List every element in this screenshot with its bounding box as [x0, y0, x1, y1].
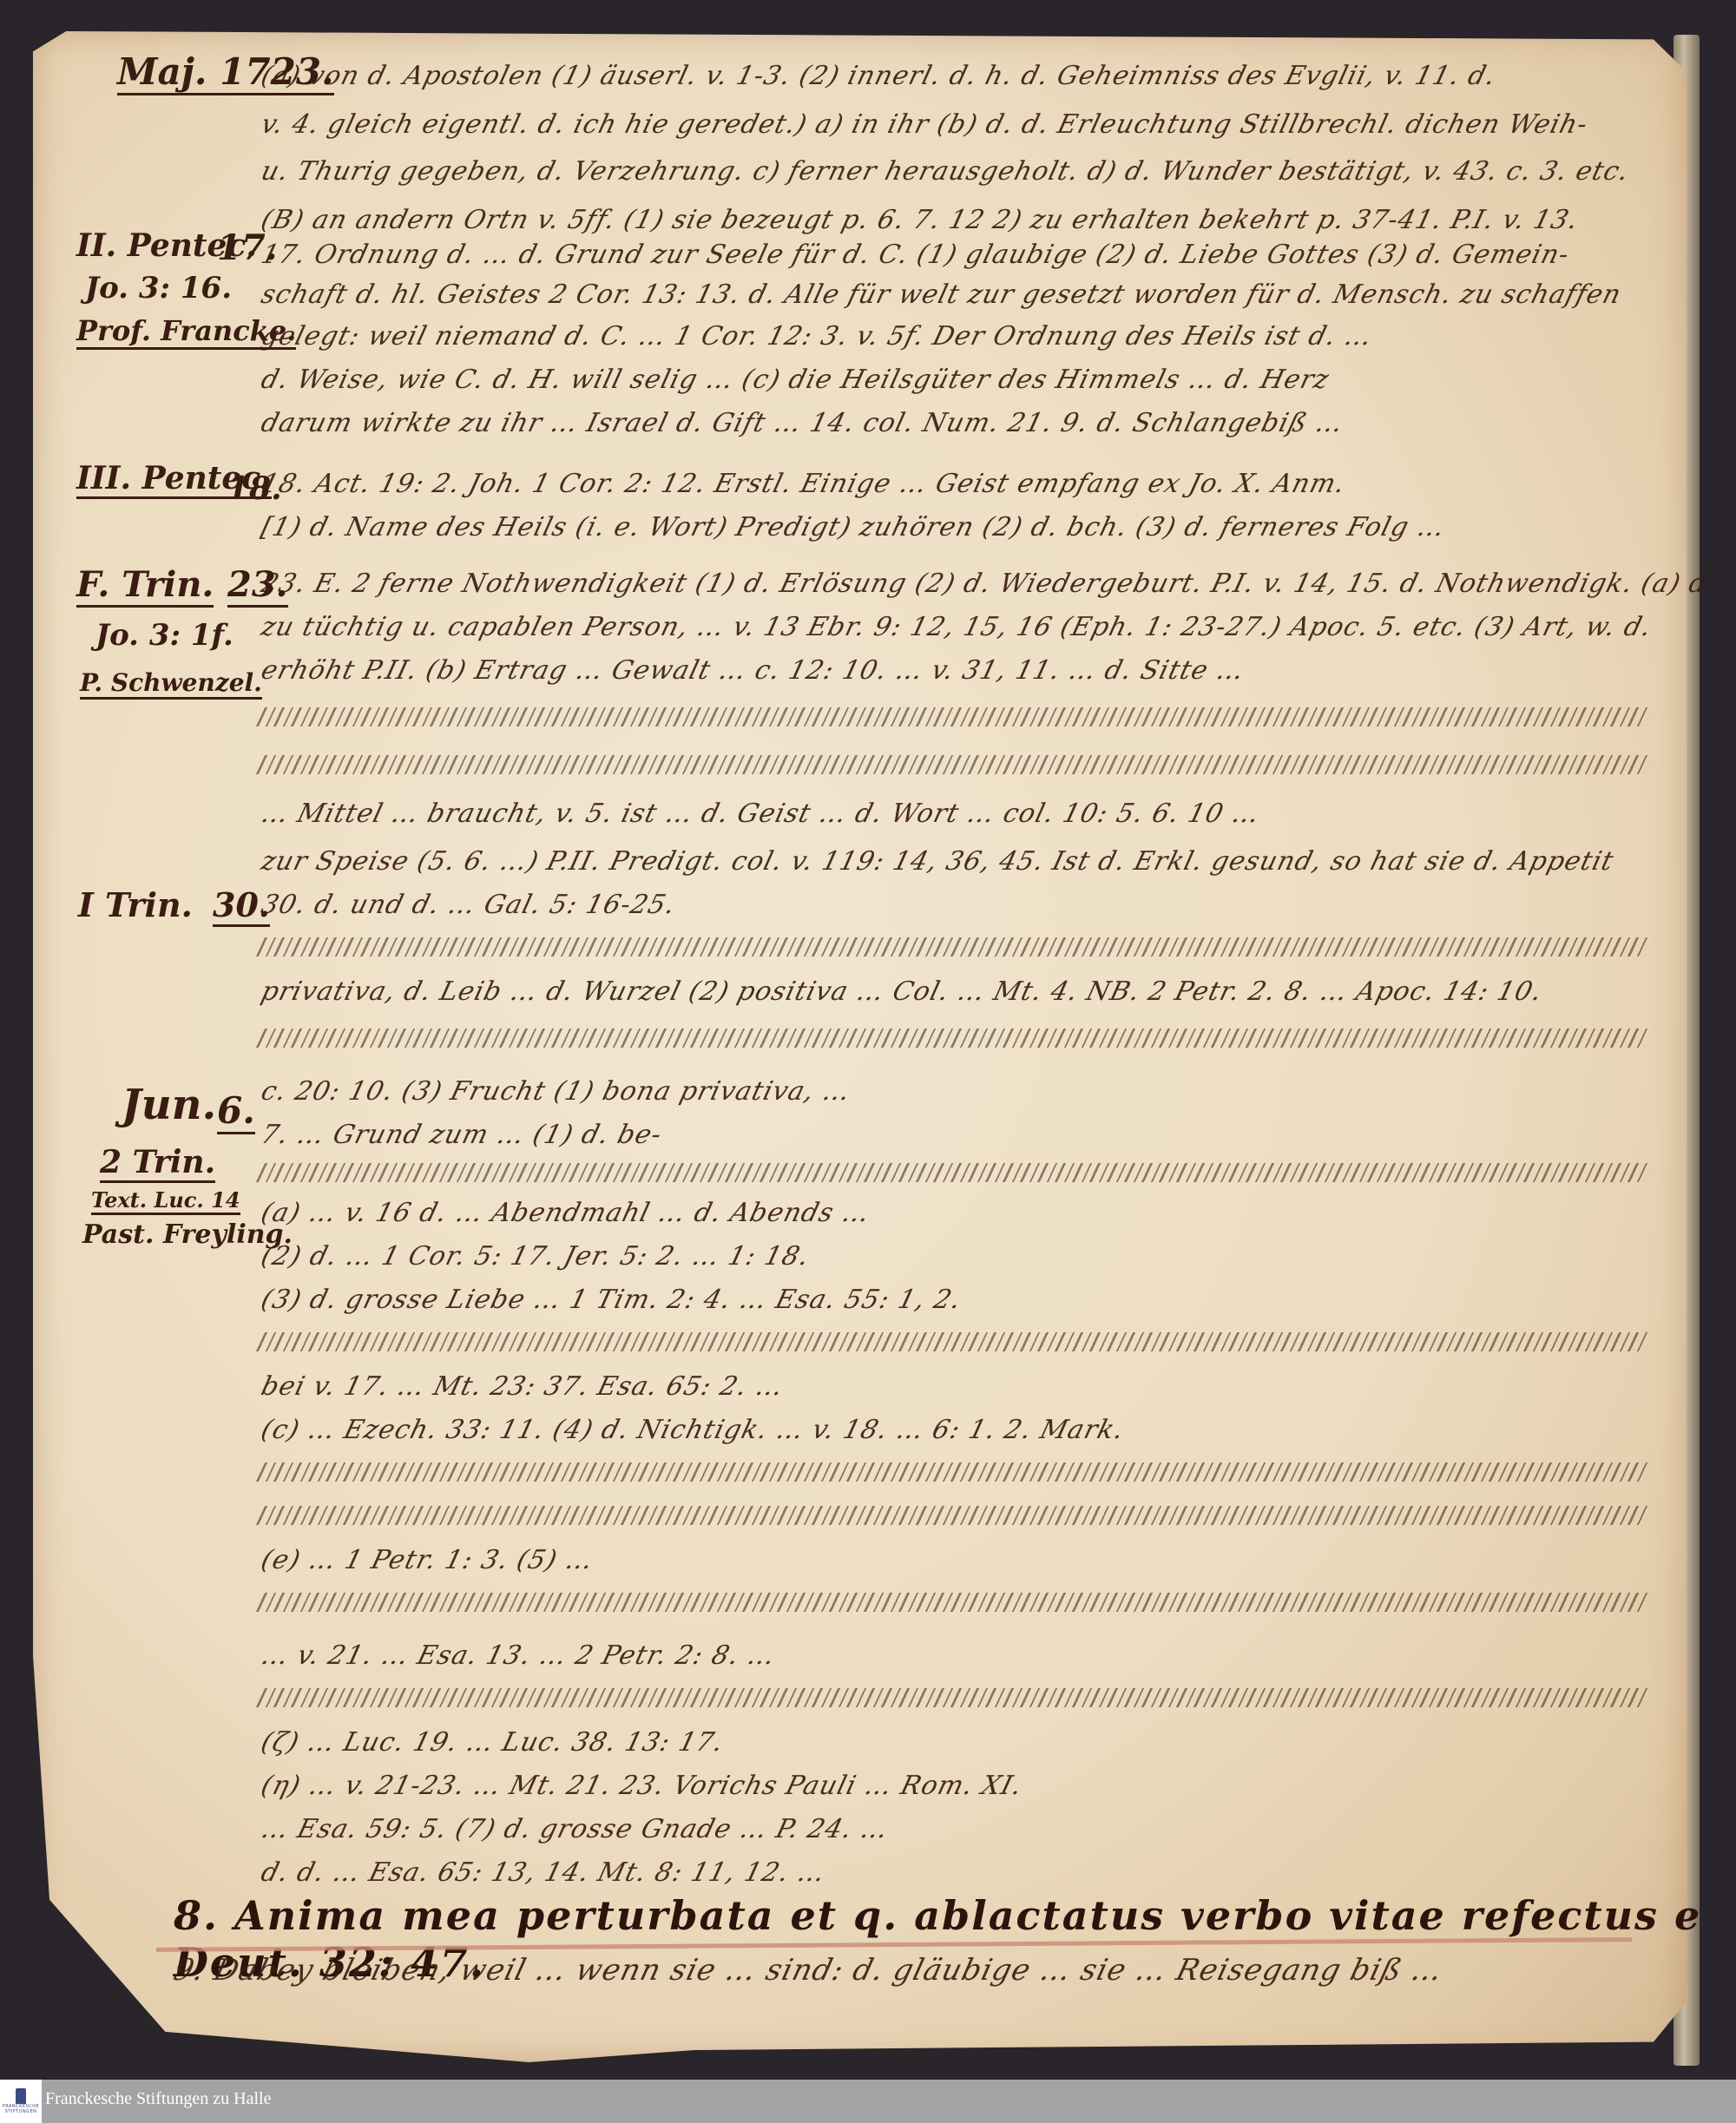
body-line: erhöht P.II. (b) Ertrag … Gewalt … c. 12…: [255, 655, 1706, 697]
handwriting-texture: [256, 1163, 1654, 1182]
handwriting-texture: [256, 1506, 1654, 1525]
body-line: … Mittel … braucht, v. 5. ist … d. Geist…: [255, 799, 1706, 840]
footer-title: Franckesche Stiftungen zu Halle: [45, 2089, 271, 2109]
body-line: [1) d. Name des Heils (i. e. Wort) Predi…: [255, 512, 1706, 554]
body-line: (c) … Ezech. 33: 11. (4) d. Nichtigk. … …: [255, 1415, 1706, 1456]
handwriting-texture: [256, 1332, 1654, 1351]
body-line: bei v. 17. … Mt. 23: 37. Esa. 65: 2. …: [255, 1371, 1706, 1413]
handwriting-texture: [256, 1462, 1654, 1482]
body-line: d. Weise, wie C. d. H. will selig … (c) …: [255, 365, 1706, 406]
body-line: gelegt: weil niemand d. C. … 1 Cor. 12: …: [255, 321, 1706, 363]
logo-figure-icon: [16, 2088, 26, 2104]
body-line: c. 20: 10. (3) Frucht (1) bona privativa…: [255, 1076, 1706, 1118]
body-line: 17. Ordnung d. … d. Grund zur Seele für …: [255, 240, 1706, 281]
body-line: darum wirkte zu ihr … Israel d. Gift … 1…: [255, 408, 1706, 450]
body-line: 23. E. 2 ferne Nothwendigkeit (1) d. Erl…: [255, 569, 1706, 610]
margin-sub-2-trin: 2 Trin.: [100, 1144, 215, 1183]
body-line: (e) … 1 Petr. 1: 3. (5) …: [255, 1545, 1706, 1587]
body-line: v. 4. gleich eigentl. d. ich hie geredet…: [255, 109, 1706, 151]
margin-label-i-trin: I Trin.: [78, 885, 193, 924]
viewer-footer: FRANCKESCHE STIFTUNGEN Franckesche Stift…: [0, 2080, 1736, 2123]
body-line: … Esa. 59: 5. (7) d. grosse Gnade … P. 2…: [255, 1814, 1706, 1856]
body-line: … v. 21. … Esa. 13. … 2 Petr. 2: 8. …: [255, 1640, 1706, 1682]
body-line: (2) d. … 1 Cor. 5: 17. Jer. 5: 2. … 1: 1…: [255, 1241, 1706, 1283]
margin-ref-jo-3-1: Jo. 3: 1f.: [95, 618, 233, 653]
body-line: zu tüchtig u. capablen Person, … v. 13 E…: [255, 612, 1706, 654]
body-line: 7. … Grund zum … (1) d. be-: [255, 1120, 1706, 1161]
body-line: zur Speise (5. 6. …) P.II. Predigt. col.…: [255, 846, 1706, 888]
last-line: 9. Dabey bleiben, weil … wenn sie … sind…: [168, 1953, 1706, 1995]
body-line: 18. Act. 19: 2. Joh. 1 Cor. 2: 12. Erstl…: [255, 469, 1706, 510]
franckesche-stiftungen-logo[interactable]: FRANCKESCHE STIFTUNGEN: [0, 2080, 42, 2123]
body-line: u. Thurig gegeben, d. Verzehrung. c) fer…: [255, 156, 1706, 198]
body-line: schaft d. hl. Geistes 2 Cor. 13: 13. d. …: [255, 279, 1706, 321]
margin-ref-luc-14: Text. Luc. 14: [91, 1187, 240, 1215]
margin-ref-jo-3-16: Jo. 3: 16.: [85, 271, 232, 306]
margin-day-6: 6.: [217, 1089, 255, 1134]
handwriting-texture: [256, 755, 1654, 774]
handwriting-texture: [256, 937, 1654, 956]
body-line: 30. d. und d. … Gal. 5: 16-25.: [255, 890, 1706, 931]
body-line: privativa, d. Leib … d. Wurzel (2) posit…: [255, 976, 1706, 1018]
logo-text-2: STIFTUNGEN: [5, 2109, 37, 2114]
body-line: (ζ) … Luc. 19. … Luc. 38. 13: 17.: [255, 1727, 1706, 1769]
handwriting-texture: [256, 707, 1654, 726]
body-line: (3) d. grosse Liebe … 1 Tim. 2: 4. … Esa…: [255, 1285, 1706, 1326]
margin-label-f-trin: F. Trin.: [76, 564, 214, 608]
handwriting-texture: [256, 1688, 1654, 1707]
body-line: (η) … v. 21-23. … Mt. 21. 23. Vorichs Pa…: [255, 1771, 1706, 1812]
margin-preacher-schwenzel: P. Schwenzel.: [80, 668, 262, 700]
margin-label-jun: Jun.: [122, 1081, 216, 1129]
handwriting-texture: [256, 1029, 1654, 1048]
body-line: (a) … v. 16 d. … Abendmahl … d. Abends …: [255, 1198, 1706, 1239]
body-line: (a) von d. Apostolen (1) äuserl. v. 1-3.…: [255, 61, 1706, 102]
handwriting-texture: [256, 1593, 1654, 1612]
